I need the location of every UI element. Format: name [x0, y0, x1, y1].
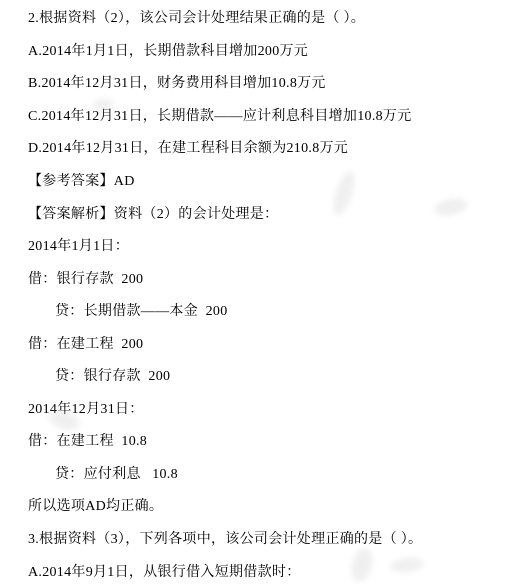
option-c-q2: C.2014年12月31日，长期借款——应计利息科目增加10.8万元	[0, 99, 532, 132]
entry-debit-construction-interest: 借：在建工程 10.8	[0, 424, 532, 457]
date-2014-01-01: 2014年1月1日：	[0, 229, 532, 262]
option-a-q2: A.2014年1月1日，长期借款科目增加200万元	[0, 34, 532, 67]
entry-credit-interest-payable: 贷：应付利息 10.8	[0, 457, 532, 490]
entry-credit-bank-deposit: 贷：银行存款 200	[0, 359, 532, 392]
question-3-stem: 3.根据资料（3），下列各项中，该公司会计处理正确的是（ ）。	[0, 522, 532, 555]
document-page: { "page": { "background": "#ffffff", "te…	[0, 0, 532, 587]
question-2-stem: 2.根据资料（2），该公司会计处理结果正确的是（ ）。	[0, 1, 532, 34]
entry-debit-bank-deposit: 借：银行存款 200	[0, 261, 532, 294]
date-2014-12-31: 2014年12月31日：	[0, 392, 532, 425]
reference-answer: 【参考答案】AD	[0, 164, 532, 197]
answer-analysis-heading: 【答案解析】资料（2）的会计处理是：	[0, 196, 532, 229]
option-d-q2: D.2014年12月31日，在建工程科目余额为210.8万元	[0, 131, 532, 164]
option-b-q2: B.2014年12月31日，财务费用科目增加10.8万元	[0, 66, 532, 99]
option-a-q3: A.2014年9月1日，从银行借入短期借款时：	[0, 554, 532, 587]
conclusion: 所以选项AD均正确。	[0, 489, 532, 522]
entry-debit-construction: 借：在建工程 200	[0, 326, 532, 359]
entry-credit-loan-principal: 贷：长期借款——本金 200	[0, 294, 532, 327]
document-body: 2.根据资料（2），该公司会计处理结果正确的是（ ）。 A.2014年1月1日，…	[0, 0, 532, 587]
